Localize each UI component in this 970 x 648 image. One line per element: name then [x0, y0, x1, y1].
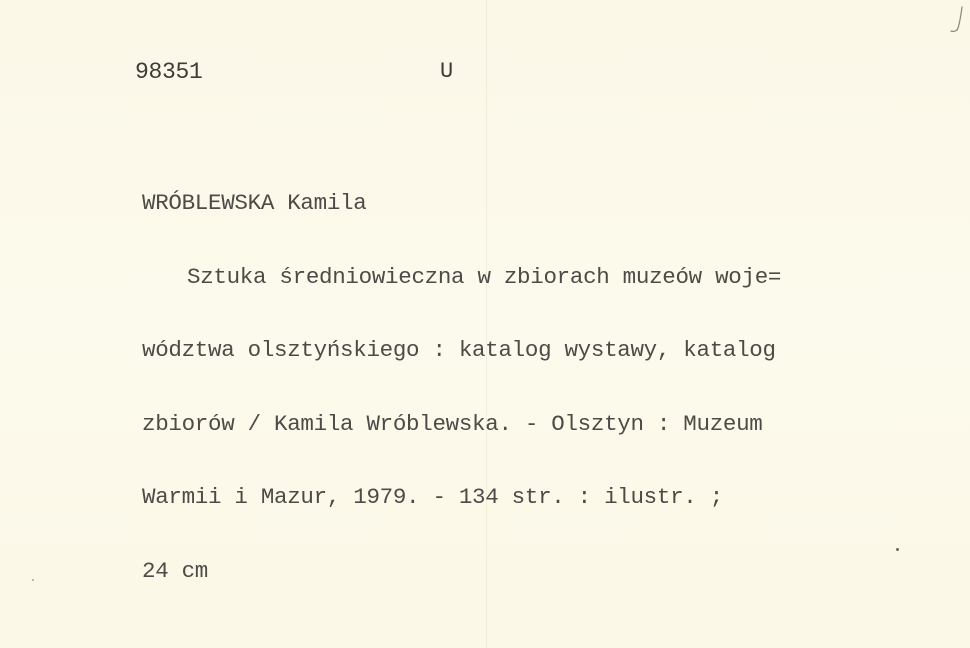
- entry-line-title: Sztuka średniowieczna w zbiorach muzeów …: [142, 265, 781, 290]
- bibliographic-entry: WRÓBLEWSKA Kamila Sztuka średniowieczna …: [142, 142, 781, 632]
- entry-line-publisher: Warmii i Mazur, 1979. - 134 str. : ilust…: [142, 485, 781, 510]
- paper-speck: [32, 579, 34, 581]
- author-heading: WRÓBLEWSKA Kamila: [142, 191, 781, 216]
- entry-line-dimensions: 24 cm: [142, 559, 781, 584]
- entry-line-title-continued: wództwa olsztyńskiego : katalog wystawy,…: [142, 338, 781, 363]
- paper-speck: [896, 548, 899, 551]
- check-mark-icon: [950, 6, 964, 34]
- location-code: U: [440, 60, 453, 85]
- entry-line-publication: zbiorów / Kamila Wróblewska. - Olsztyn :…: [142, 412, 781, 437]
- catalog-card: 98351 U WRÓBLEWSKA Kamila Sztuka średnio…: [0, 0, 970, 648]
- call-number: 98351: [135, 60, 203, 85]
